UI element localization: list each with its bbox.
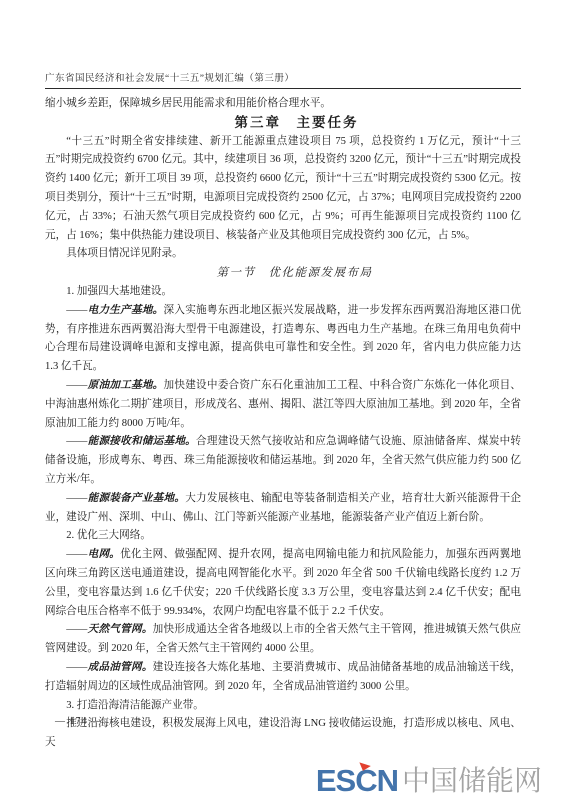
watermark: ESCN 中国储能网 <box>316 765 542 796</box>
paragraph-lead: 天然气管网。 <box>87 624 152 635</box>
dash-prefix: —— <box>66 436 87 447</box>
dash-prefix: —— <box>66 662 87 673</box>
paragraph-network-gas: ——天然气管网。加快形成通达全省各地级以上市的全省天然气主干管网，推进城镇天然气… <box>45 621 521 659</box>
watermark-site-name: 中国储能网 <box>402 767 542 795</box>
paragraph-lead: 电网。 <box>87 549 120 560</box>
paragraph-lead: 电力生产基地。 <box>87 305 163 316</box>
dash-prefix: —— <box>66 624 87 635</box>
paragraph-coastal: 推进沿海核电建设，积极发展海上风电，建设沿海 LNG 接收储运设施，打造形成以核… <box>45 715 521 753</box>
paragraph-lead: 能源装备产业基地。 <box>87 493 185 504</box>
page-footer: — 174 — <box>55 716 102 727</box>
paragraph-base-oil: ——原油加工基地。加快建设中委合资广东石化重油加工工程、中科合资广东炼化一体化项… <box>45 377 521 433</box>
intro-line: 缩小城乡差距，保障城乡居民用能需求和用能价格合理水平。 <box>45 95 521 114</box>
escn-logo-es: ES <box>316 763 355 798</box>
paragraph-network-refined-oil: ——成品油管网。建设连接各大炼化基地、主要消费城市、成品油储备基地的成品油输送干… <box>45 659 521 697</box>
escn-logo-n: N <box>377 763 398 798</box>
paragraph-overview: “十三五”时期全省安排续建、新开工能源重点建设项目 75 项，总投资约 1 万亿… <box>45 133 521 246</box>
paragraph-base-storage: ——能源接收和储运基地。合理建设天然气接收站和应急调峰储气设施、原油储备库、煤炭… <box>45 433 521 489</box>
escn-logo: ESCN <box>316 765 398 796</box>
paragraph-appendix-note: 具体项目情况详见附录。 <box>45 245 521 264</box>
dash-prefix: —— <box>66 305 87 316</box>
paragraph-base-equipment: ——能源装备产业基地。大力发展核电、输配电等装备制造相关产业，培育壮大新兴能源骨… <box>45 490 521 528</box>
paragraph-lead: 能源接收和储运基地。 <box>87 436 196 447</box>
running-header-title: 广东省国民经济和社会发展“十三五”规划汇编（第三册） <box>45 74 294 84</box>
paragraph-network-grid: ——电网。优化主网、做强配网、提升农网，提高电网输电能力和抗风险能力，加强东西两… <box>45 546 521 621</box>
dash-prefix: —— <box>66 493 87 504</box>
section-title: 第一节 优化能源发展布局 <box>45 264 521 283</box>
list-item-2: 2. 优化三大网络。 <box>45 527 521 546</box>
paragraph-base-power: ——电力生产基地。深入实施粤东西北地区振兴发展战略，进一步发挥东西两翼沿海地区港… <box>45 302 521 377</box>
dash-prefix: —— <box>66 380 87 391</box>
running-header: 广东省国民经济和社会发展“十三五”规划汇编（第三册） <box>45 70 521 84</box>
paragraph-lead: 原油加工基地。 <box>87 380 163 391</box>
chapter-title: 第三章 主要任务 <box>45 114 521 133</box>
escn-logo-c: C <box>355 765 376 796</box>
paragraph-lead: 成品油管网。 <box>87 662 152 673</box>
dash-prefix: —— <box>66 549 87 560</box>
page-number: — 174 — <box>55 716 102 727</box>
list-item-3: 3. 打造沿海清洁能源产业带。 <box>45 697 521 716</box>
document-page: 广东省国民经济和社会发展“十三五”规划汇编（第三册） 缩小城乡差距，保障城乡居民… <box>0 0 566 800</box>
document-content: 缩小城乡差距，保障城乡居民用能需求和用能价格合理水平。 第三章 主要任务 “十三… <box>45 95 521 753</box>
header-rule <box>45 88 521 89</box>
list-item-1: 1. 加强四大基地建设。 <box>45 283 521 302</box>
